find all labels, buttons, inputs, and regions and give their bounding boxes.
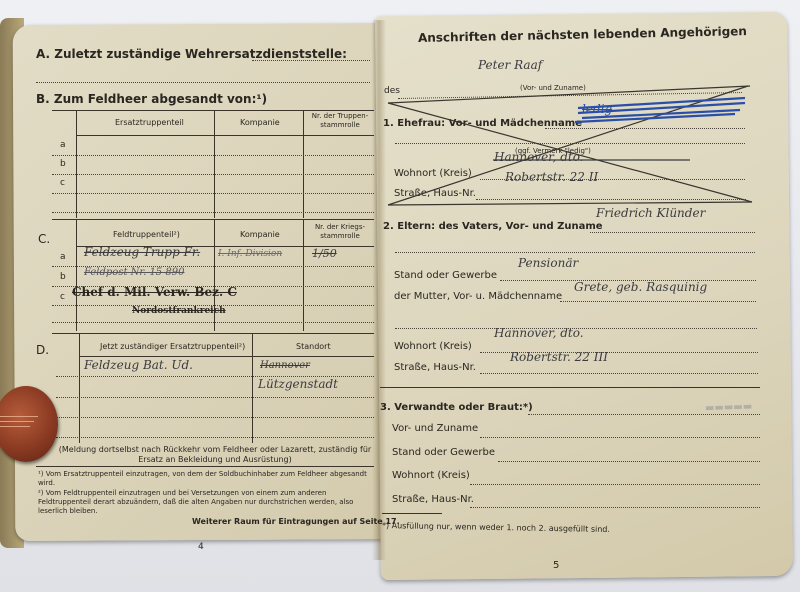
coin-detail: [0, 421, 34, 422]
strike-overlay: [0, 0, 800, 592]
coin-detail: [0, 416, 38, 417]
coin-detail: [0, 426, 30, 427]
